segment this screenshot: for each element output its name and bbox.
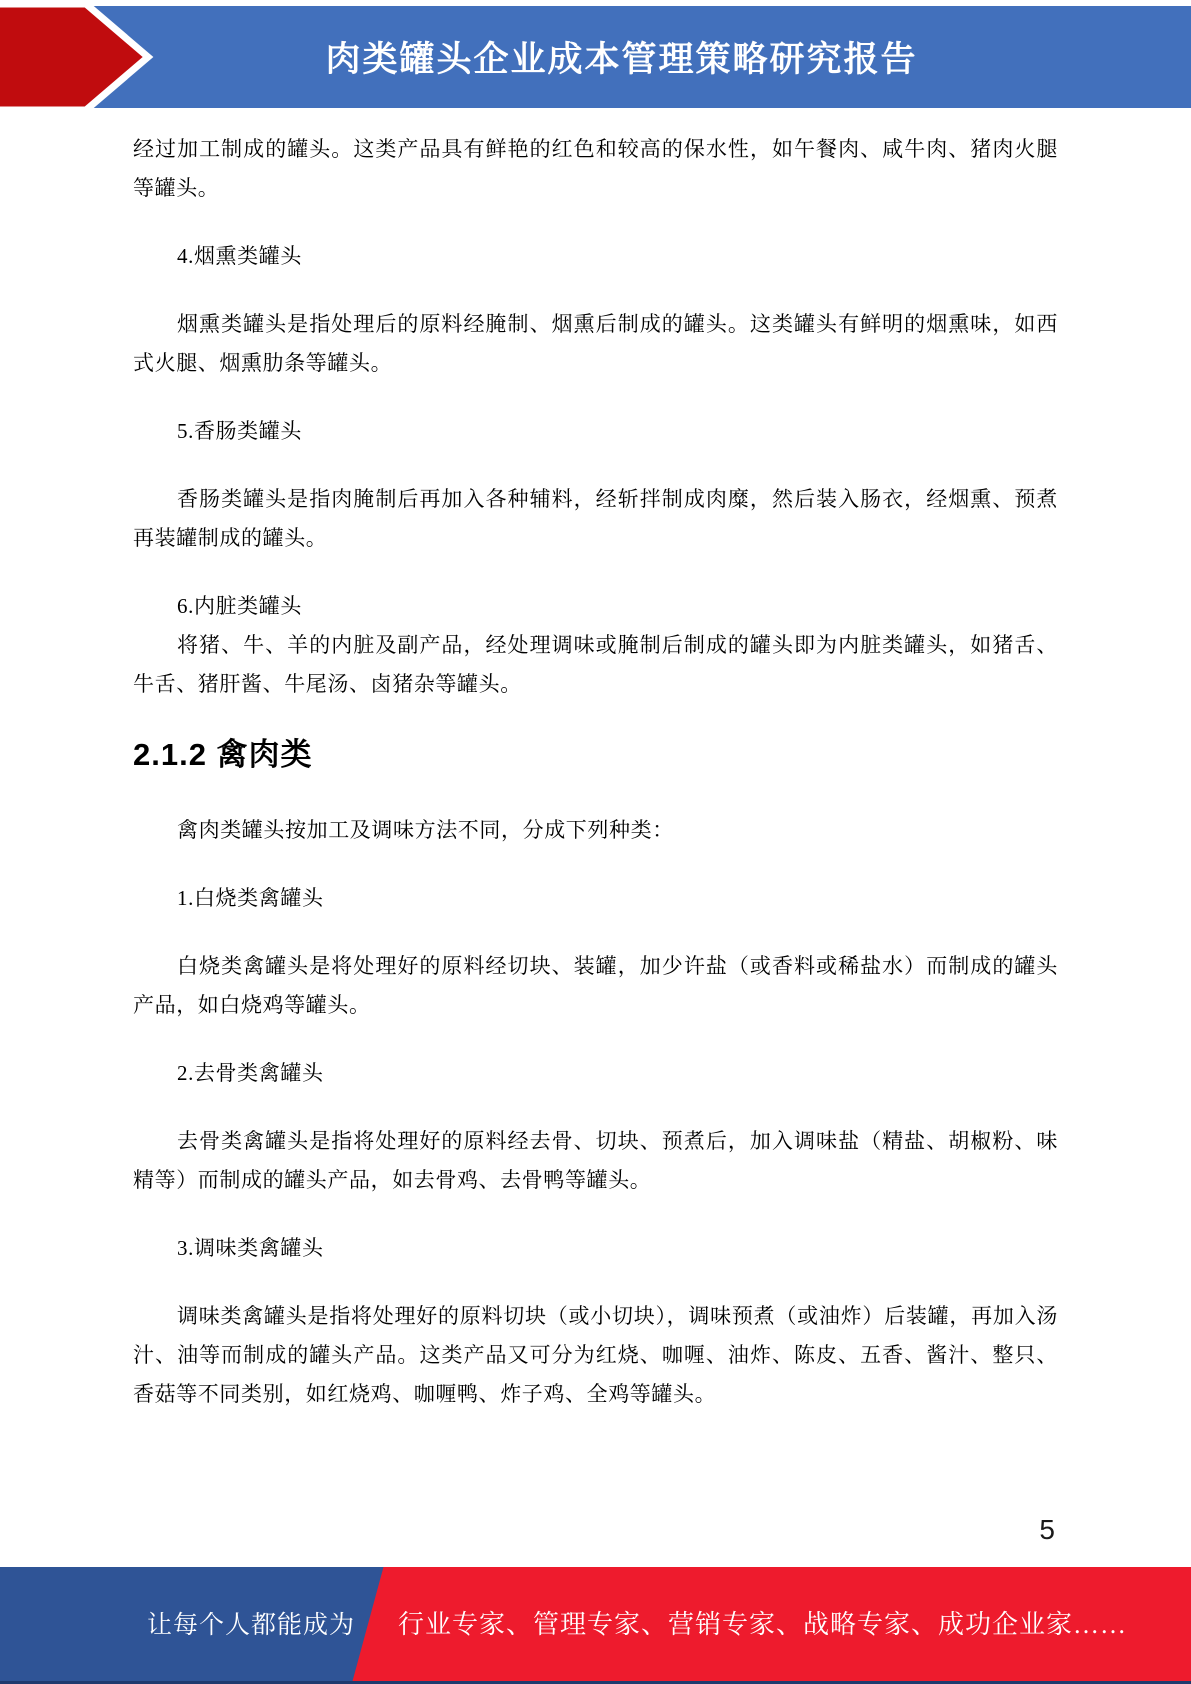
paragraph: 4.烟熏类罐头 bbox=[133, 237, 1058, 276]
section-heading: 2.1.2 禽肉类 bbox=[133, 733, 1058, 777]
paragraph: 1.白烧类禽罐头 bbox=[133, 879, 1058, 918]
document-body: 经过加工制成的罐头。这类产品具有鲜艳的红色和较高的保水性，如午餐肉、咸牛肉、猪肉… bbox=[0, 114, 1191, 1414]
page-footer: 让每个人都能成为 行业专家、管理专家、营销专家、战略专家、成功企业家…… bbox=[0, 1567, 1191, 1684]
paragraph: 禽肉类罐头按加工及调味方法不同，分成下列种类： bbox=[133, 811, 1058, 850]
paragraph: 香肠类罐头是指肉腌制后再加入各种辅料，经斩拌制成肉糜，然后装入肠衣，经烟熏、预煮… bbox=[133, 480, 1058, 558]
document-page: 肉类罐头企业成本管理策略研究报告 经过加工制成的罐头。这类产品具有鲜艳的红色和较… bbox=[0, 0, 1191, 1684]
paragraph: 白烧类禽罐头是将处理好的原料经切块、装罐，加少许盐（或香料或稀盐水）而制成的罐头… bbox=[133, 947, 1058, 1025]
paragraph: 经过加工制成的罐头。这类产品具有鲜艳的红色和较高的保水性，如午餐肉、咸牛肉、猪肉… bbox=[133, 130, 1058, 208]
footer-slogan-left: 让每个人都能成为 bbox=[147, 1567, 355, 1678]
footer-slogan-right: 行业专家、管理专家、营销专家、战略专家、成功企业家…… bbox=[398, 1567, 1127, 1678]
page-header: 肉类罐头企业成本管理策略研究报告 bbox=[0, 0, 1191, 114]
page-number: 5 bbox=[1039, 1512, 1055, 1548]
report-title: 肉类罐头企业成本管理策略研究报告 bbox=[52, 6, 1191, 108]
paragraph: 3.调味类禽罐头 bbox=[133, 1229, 1058, 1268]
paragraph: 2.去骨类禽罐头 bbox=[133, 1054, 1058, 1093]
paragraph: 调味类禽罐头是指将处理好的原料切块（或小切块），调味预煮（或油炸）后装罐，再加入… bbox=[133, 1297, 1058, 1414]
paragraph: 去骨类禽罐头是指将处理好的原料经去骨、切块、预煮后，加入调味盐（精盐、胡椒粉、味… bbox=[133, 1122, 1058, 1200]
paragraph: 将猪、牛、羊的内脏及副产品，经处理调味或腌制后制成的罐头即为内脏类罐头，如猪舌、… bbox=[133, 626, 1058, 704]
paragraph: 烟熏类罐头是指处理后的原料经腌制、烟熏后制成的罐头。这类罐头有鲜明的烟熏味，如西… bbox=[133, 305, 1058, 383]
paragraph: 6.内脏类罐头 bbox=[133, 587, 1058, 626]
paragraph: 5.香肠类罐头 bbox=[133, 412, 1058, 451]
